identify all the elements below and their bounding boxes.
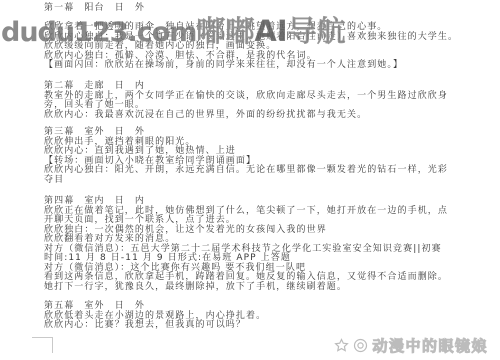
watermark-bottom: 动漫中的眼镜娘 [334,336,488,354]
text-frame-corner [32,337,53,353]
watermark-bottom-label: 动漫中的眼镜娘 [372,335,488,356]
script-line: 欣欣内心：我最喜欢沉浸在自己的世界里，外面的纷纷扰扰都与我无关。 [44,111,480,121]
record-circle-icon [353,338,368,353]
scene-block: 第五幕 室外 日 外欣欣低着头走在小湖边的景观路上，内心挣扎着。欣欣内心：比赛？… [44,302,480,331]
scene-block: 第一幕 阳台 日 外欣欣拿着一把透明的雨伞，独自站在阳台上，眺望着远方，想着自己… [44,4,480,71]
script-line: 她打下一行字，犹豫良久，最终删除掉，放下了手机，继续刷着题。 [44,283,480,293]
scene-block: 第四幕 室内 日 内欣欣正在做着笔记，此时，她仿佛想到了什么，笔尖顿了一下，她打… [44,197,480,292]
script-line: 【画面闪回：欣欣站在操场前，身前的同学来来往往，却没有一个人注意到她。】 [44,61,480,71]
scene-block: 第三幕 室外 日 外欣欣伸出手，遮挡着刺眼的阳光。欣欣内心：直到我遇到了她，她热… [44,128,480,185]
document-page: 第一幕 阳台 日 外欣欣拿着一把透明的雨伞，独自站在阳台上，眺望着远方，想着自己… [0,0,500,360]
script-line: 夺目 [44,176,480,186]
script-line: 欣欣内心：比赛？我想去，但我真的可以吗？ [44,321,480,331]
scene-heading: 第一幕 阳台 日 外 [44,4,480,14]
scene-block: 第二幕 走廊 日 内教室外的走廊上，两个女同学正在愉快的交谈，欣欣向走廊尽头走去… [44,82,480,120]
script-line: 欣欣内心独白：阳光、开朗，永远充满自信。无论在哪里都像一颗发着光的钻石一样，光彩 [44,166,480,176]
star-badge-icon [334,338,349,353]
